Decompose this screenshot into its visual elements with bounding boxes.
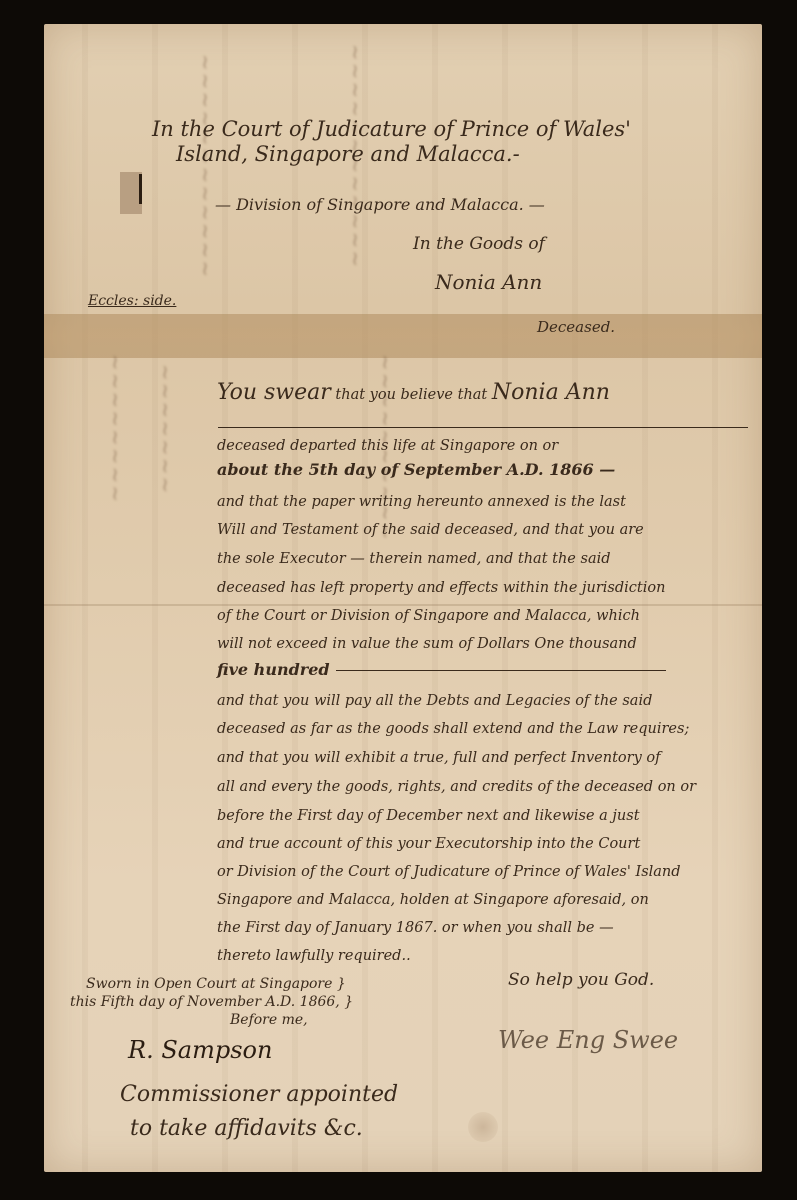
oath-line: thereto lawfully required..	[217, 948, 411, 964]
oath-opening: You swear that you believe that Nonia An…	[217, 380, 610, 405]
oath-line: deceased has left property and effects w…	[217, 580, 665, 596]
oath-opening-rest: that you believe that	[335, 387, 487, 403]
oath-line: and that the paper writing hereunto anne…	[217, 494, 626, 510]
bleed-through-text: ~~~~~~~~~~~~	[194, 54, 218, 314]
oath-line: and true account of this your Executorsh…	[217, 836, 640, 852]
oath-closing: So help you God.	[508, 970, 654, 990]
oath-line: and that you will pay all the Debts and …	[217, 693, 652, 709]
oath-line: deceased as far as the goods shall exten…	[217, 721, 689, 737]
oath-line: or Division of the Court of Judicature o…	[217, 864, 681, 880]
in-the-goods-of: In the Goods of	[413, 234, 545, 254]
oath-deceased-name: Nonia Ann	[492, 380, 610, 405]
commissioner-signature: R. Sampson	[128, 1036, 272, 1064]
paper-tab-mark	[120, 172, 142, 214]
oath-you-swear: You swear	[217, 380, 331, 405]
commissioner-title-line-1: Commissioner appointed	[120, 1082, 398, 1107]
bleed-through-text: ~~~~~~~~~~~~	[344, 44, 368, 314]
oath-line: the sole Executor — therein named, and t…	[217, 551, 611, 567]
bleed-through-text: ~~~~~~~~	[104, 354, 128, 574]
oath-line: before the First day of December next an…	[217, 808, 640, 824]
oath-line: Will and Testament of the said deceased,…	[217, 522, 644, 538]
oath-line: of the Court or Division of Singapore an…	[217, 608, 640, 624]
jurat-line-1: Sworn in Open Court at Singapore }	[86, 976, 346, 992]
bleed-through-text: ~~~~~~~	[154, 364, 178, 544]
fold-crease	[44, 604, 762, 606]
margin-note: Eccles: side.	[88, 293, 176, 309]
court-title-line-1: In the Court of Judicature of Prince of …	[152, 117, 631, 141]
oath-amount-line: five hundred	[217, 660, 666, 679]
jurat-line-3: Before me,	[230, 1012, 308, 1028]
deceased-label: Deceased.	[537, 318, 615, 336]
oath-line: all and every the goods, rights, and cre…	[217, 779, 696, 795]
oath-line: the First day of January 1867. or when y…	[217, 920, 614, 936]
embossed-seal	[468, 1112, 498, 1142]
oath-amount-text: five hundred	[217, 660, 330, 679]
oath-line: Singapore and Malacca, holden at Singapo…	[217, 892, 649, 908]
commissioner-title-line-2: to take affidavits &c.	[130, 1116, 363, 1141]
oath-line: and that you will exhibit a true, full a…	[217, 750, 661, 766]
oath-line: will not exceed in value the sum of Doll…	[217, 636, 637, 652]
court-title-line-2: Island, Singapore and Malacca.-	[176, 142, 520, 166]
tape-strip	[44, 314, 762, 358]
oath-line: about the 5th day of September A.D. 1866…	[217, 460, 615, 479]
deceased-name: Nonia Ann	[435, 270, 542, 294]
amount-rule	[336, 670, 666, 671]
division-line: — Division of Singapore and Malacca. —	[215, 195, 545, 214]
deponent-signature: Wee Eng Swee	[498, 1026, 678, 1054]
oath-line: deceased departed this life at Singapore…	[217, 438, 558, 454]
oath-rule	[218, 427, 748, 428]
jurat-line-2: this Fifth day of November A.D. 1866, }	[70, 994, 353, 1010]
